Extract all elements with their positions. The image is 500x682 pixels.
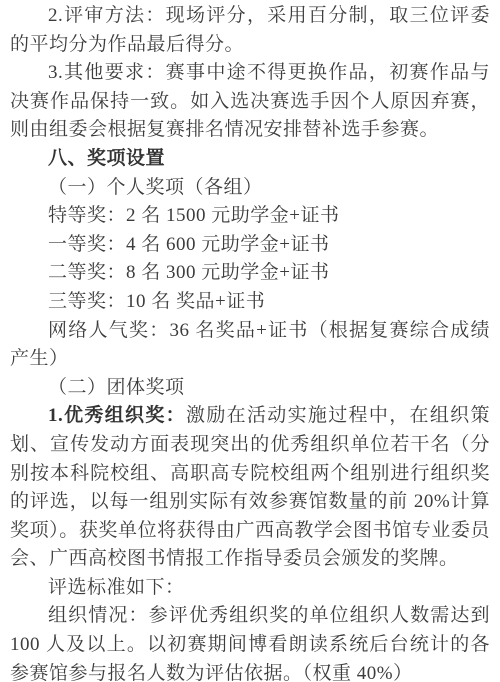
excellent-organization-award-label: 1.优秀组织奖：: [48, 405, 186, 426]
document-page: 2.评审方法：现场评分，采用百分制，取三位评委的平均分为作品最后得分。 3.其他…: [0, 0, 500, 682]
list-item-popularity-prize: 网络人气奖：36 名奖品+证书（根据复赛综合成绩产生）: [10, 317, 490, 374]
heading-award-settings: 八、奖项设置: [10, 145, 490, 174]
list-item-first-prize: 一等奖：4 名 600 元助学金+证书: [10, 231, 490, 260]
excellent-organization-award-text: 激励在活动实施过程中，在组织策划、宣传发动方面表现突出的优秀组织单位若干名（分别…: [10, 405, 490, 569]
paragraph-selection-criteria-intro: 评选标准如下：: [10, 574, 490, 603]
paragraph-organization-status: 组织情况：参评优秀组织奖的单位组织人数需达到 100 人及以上。以初赛期间博看朗…: [10, 602, 490, 682]
paragraph-other-requirements: 3.其他要求：赛事中途不得更换作品，初赛作品与决赛作品保持一致。如入选决赛选手因…: [10, 59, 490, 145]
paragraph-excellent-organization-award: 1.优秀组织奖：激励在活动实施过程中，在组织策划、宣传发动方面表现突出的优秀组织…: [10, 402, 490, 574]
list-item-second-prize: 二等奖：8 名 300 元助学金+证书: [10, 259, 490, 288]
subheading-individual-awards: （一）个人奖项（各组）: [10, 174, 490, 203]
paragraph-review-method: 2.评审方法：现场评分，采用百分制，取三位评委的平均分为作品最后得分。: [10, 2, 490, 59]
list-item-grand-prize: 特等奖：2 名 1500 元助学金+证书: [10, 202, 490, 231]
list-item-third-prize: 三等奖：10 名 奖品+证书: [10, 288, 490, 317]
subheading-group-awards: （二）团体奖项: [10, 374, 490, 403]
